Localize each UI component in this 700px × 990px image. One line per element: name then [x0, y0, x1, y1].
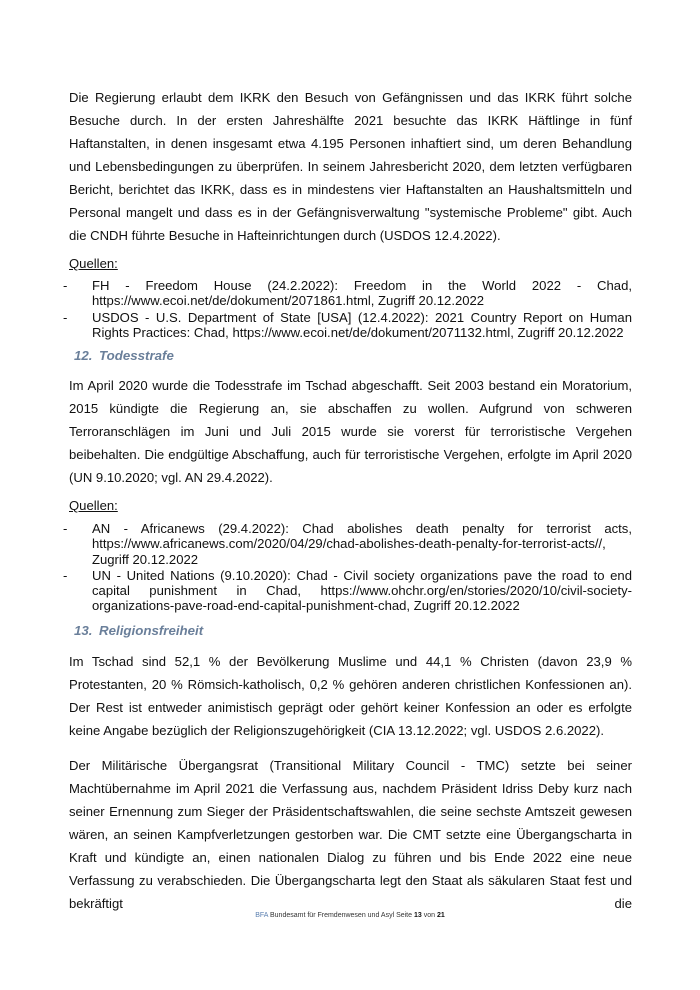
sources-label: Quellen:	[69, 498, 118, 513]
section-heading-todesstrafe: 12.Todesstrafe	[74, 348, 174, 363]
paragraph-ikrk-visits: Die Regierung erlaubt dem IKRK den Besuc…	[69, 86, 632, 247]
section-heading-religionsfreiheit: 13.Religionsfreiheit	[74, 623, 203, 638]
footer-brand: BFA	[255, 912, 268, 919]
source-text: AN - Africanews (29.4.2022): Chad abolis…	[92, 521, 632, 567]
source-text: FH - Freedom House (24.2.2022): Freedom …	[92, 278, 632, 308]
sources-list-1: - FH - Freedom House (24.2.2022): Freedo…	[69, 278, 632, 341]
source-text: USDOS - U.S. Department of State [USA] (…	[92, 310, 632, 340]
page-footer: BFA Bundesamt für Fremdenwesen und Asyl …	[0, 912, 700, 919]
section-number: 12.	[74, 348, 99, 363]
bullet-dash: -	[63, 521, 67, 536]
footer-of: von	[424, 912, 435, 919]
source-text: UN - United Nations (9.10.2020): Chad - …	[92, 568, 632, 614]
section-title: Todesstrafe	[99, 348, 174, 363]
source-item: - UN - United Nations (9.10.2020): Chad …	[69, 568, 632, 614]
section-title: Religionsfreiheit	[99, 623, 203, 638]
footer-page-number: 13	[414, 912, 422, 919]
source-item: - USDOS - U.S. Department of State [USA]…	[69, 310, 632, 341]
source-item: - FH - Freedom House (24.2.2022): Freedo…	[69, 278, 632, 309]
sources-list-2: - AN - Africanews (29.4.2022): Chad abol…	[69, 521, 632, 615]
paragraph-tmc: Der Militärische Übergangsrat (Transitio…	[69, 754, 632, 915]
section-number: 13.	[74, 623, 99, 638]
paragraph-todesstrafe: Im April 2020 wurde die Todesstrafe im T…	[69, 374, 632, 489]
footer-org: Bundesamt für Fremdenwesen und Asyl Seit…	[270, 912, 412, 919]
bullet-dash: -	[63, 278, 67, 293]
footer-total-pages: 21	[437, 912, 445, 919]
bullet-dash: -	[63, 568, 67, 583]
source-item: - AN - Africanews (29.4.2022): Chad abol…	[69, 521, 632, 567]
sources-label: Quellen:	[69, 256, 118, 271]
paragraph-religion: Im Tschad sind 52,1 % der Bevölkerung Mu…	[69, 650, 632, 742]
bullet-dash: -	[63, 310, 67, 325]
